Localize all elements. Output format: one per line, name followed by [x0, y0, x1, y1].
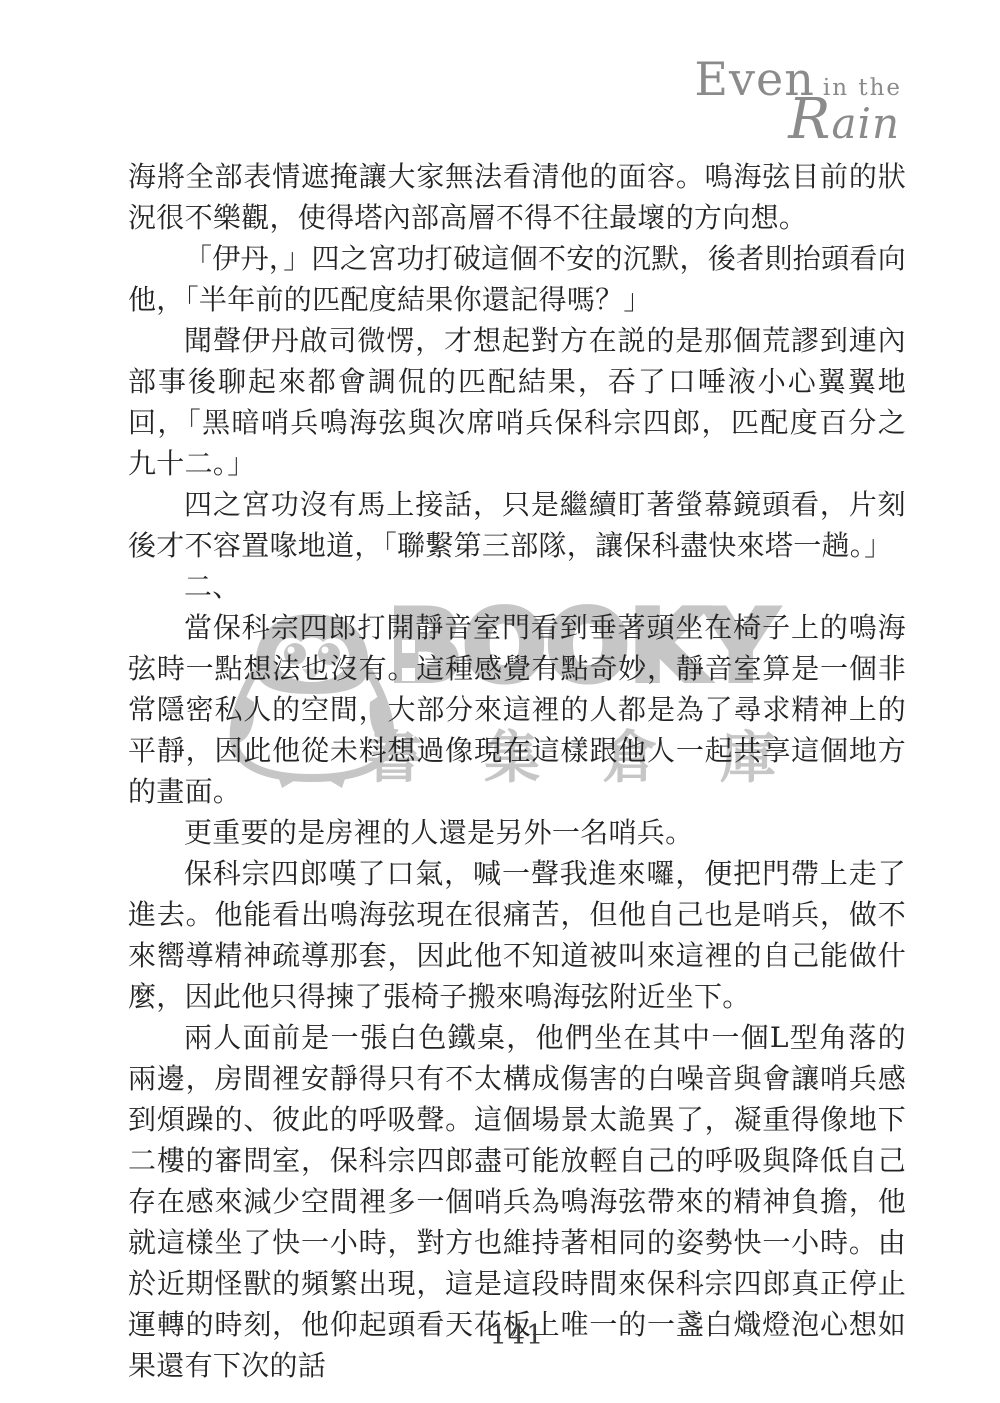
- paragraph: 更重要的是房裡的人還是另外一名哨兵。: [128, 812, 906, 853]
- paragraph: 海將全部表情遮掩讓大家無法看清他的面容。鳴海弦目前的狀況很不樂觀，使得塔內部高層…: [128, 156, 906, 238]
- page-body-text: 海將全部表情遮掩讓大家無法看清他的面容。鳴海弦目前的狀況很不樂觀，使得塔內部高層…: [128, 156, 906, 1386]
- book-page: Evenin the Rain: [0, 0, 1000, 1403]
- paragraph: 聞聲伊丹啟司微愣，才想起對方在説的是那個荒謬到連內部事後聊起來都會調侃的匹配結果…: [128, 320, 906, 484]
- paragraph: 「伊丹，」四之宮功打破這個不安的沉默，後者則抬頭看向他，「半年前的匹配度結果你還…: [128, 238, 906, 320]
- page-number: 141: [128, 1320, 906, 1351]
- section-heading: 二、: [128, 566, 906, 607]
- paragraph: 保科宗四郎嘆了口氣，喊一聲我進來囉，便把門帶上走了進去。他能看出鳴海弦現在很痛苦…: [128, 853, 906, 1017]
- paragraph: 四之宮功沒有馬上接話，只是繼續盯著螢幕鏡頭看，片刻後才不容置喙地道，「聯繫第三部…: [128, 484, 906, 566]
- paragraph: 當保科宗四郎打開靜音室門看到垂著頭坐在椅子上的鳴海弦時一點想法也沒有。這種感覺有…: [128, 607, 906, 812]
